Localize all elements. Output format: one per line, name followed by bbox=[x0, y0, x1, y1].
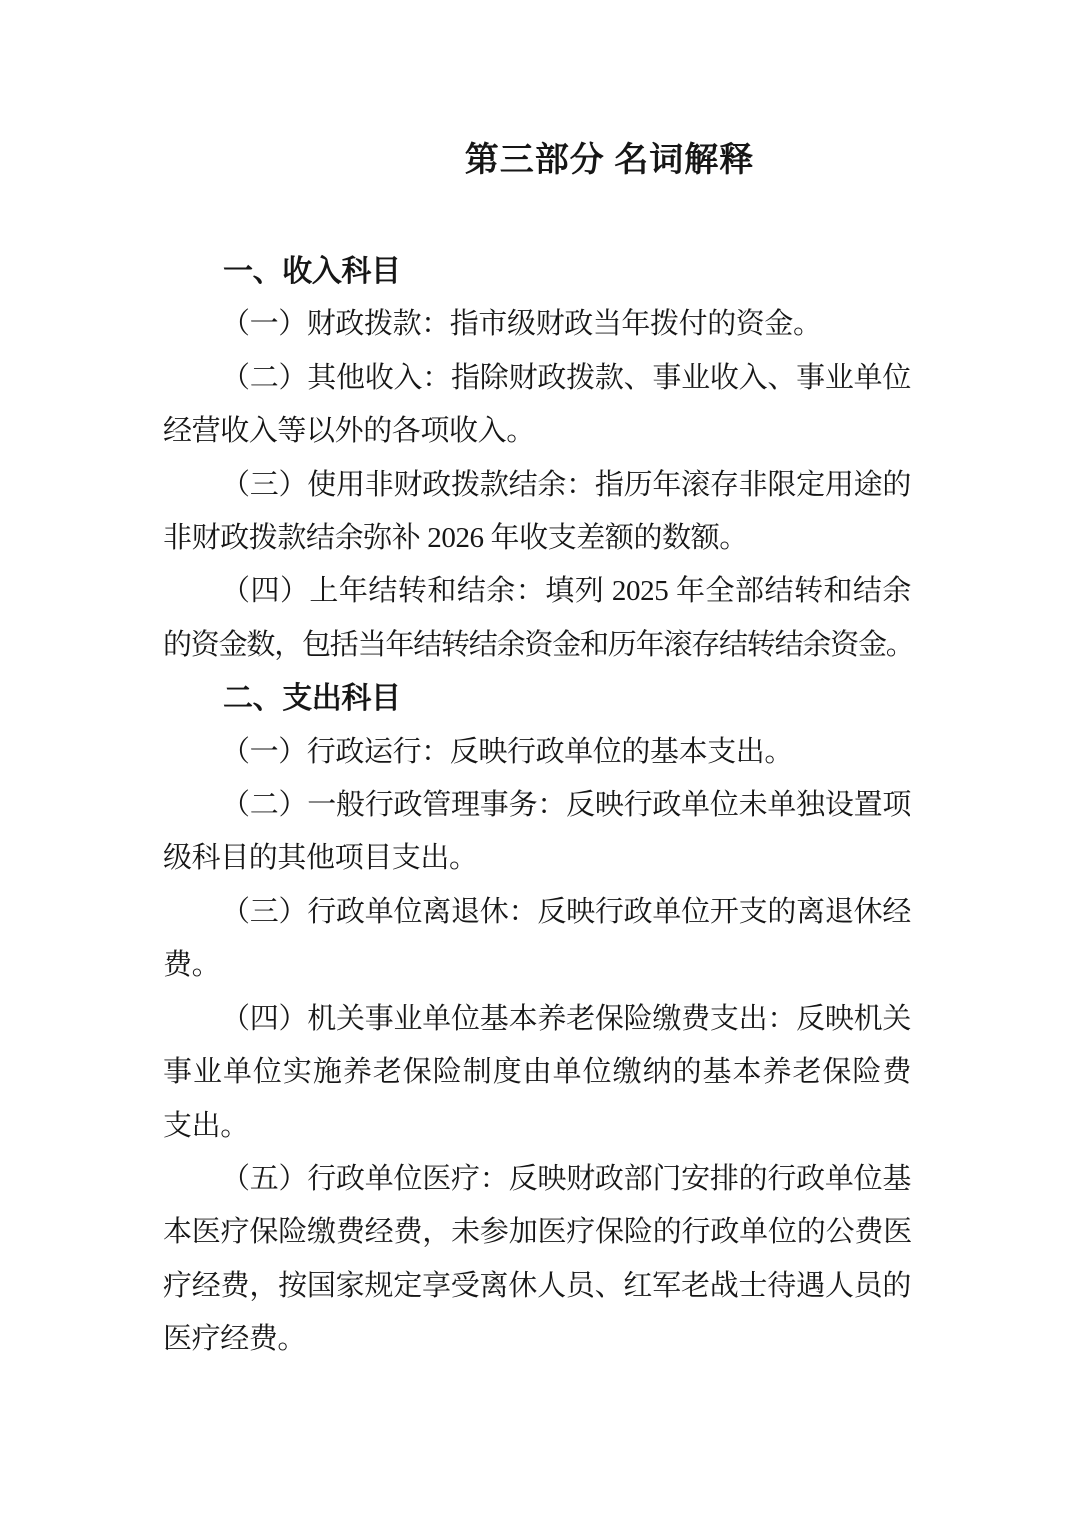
paragraph-general-admin-affairs: （二）一般行政管理事务：反映行政单位未单独设置项 级科目的其他项目支出。 bbox=[163, 779, 911, 886]
paragraph-non-fiscal-surplus: （三）使用非财政拨款结余：指历年滚存非限定用途的 非财政拨款结余弥补 2026 … bbox=[163, 459, 911, 566]
paragraph-line: （二）其他收入：指除财政拨款、事业收入、事业单位 bbox=[163, 352, 911, 405]
paragraph-admin-operation: （一）行政运行：反映行政单位的基本支出。 bbox=[163, 726, 911, 779]
paragraph-line: （二）一般行政管理事务：反映行政单位未单独设置项 bbox=[163, 779, 911, 832]
paragraph-line: 经营收入等以外的各项收入。 bbox=[163, 405, 911, 458]
paragraph-line: （一）行政运行：反映行政单位的基本支出。 bbox=[163, 726, 911, 779]
paragraph-line: （一）财政拨款：指市级财政当年拨付的资金。 bbox=[163, 298, 911, 351]
paragraph-line: 本医疗保险缴费经费，未参加医疗保险的行政单位的公费医 bbox=[163, 1206, 911, 1259]
paragraph-other-income: （二）其他收入：指除财政拨款、事业收入、事业单位 经营收入等以外的各项收入。 bbox=[163, 352, 911, 459]
paragraph-line: （三）使用非财政拨款结余：指历年滚存非限定用途的 bbox=[163, 459, 911, 512]
document-page: 第三部分 名词解释 一、收入科目 （一）财政拨款：指市级财政当年拨付的资金。 （… bbox=[0, 0, 1074, 1520]
page-title: 第三部分 名词解释 bbox=[0, 0, 1074, 188]
section-heading: 二、支出科目 bbox=[163, 672, 911, 725]
paragraph-fiscal-appropriation: （一）财政拨款：指市级财政当年拨付的资金。 bbox=[163, 298, 911, 351]
paragraph-pension-contribution: （四）机关事业单位基本养老保险缴费支出：反映机关 事业单位实施养老保险制度由单位… bbox=[163, 993, 911, 1153]
paragraph-line: 级科目的其他项目支出。 bbox=[163, 832, 911, 885]
section-expenditure-items: 二、支出科目 （一）行政运行：反映行政单位的基本支出。 （二）一般行政管理事务：… bbox=[163, 672, 911, 1366]
paragraph-line: （五）行政单位医疗：反映财政部门安排的行政单位基 bbox=[163, 1153, 911, 1206]
paragraph-line: 事业单位实施养老保险制度由单位缴纳的基本养老保险费 bbox=[163, 1046, 911, 1099]
paragraph-line: 医疗经费。 bbox=[163, 1313, 911, 1366]
paragraph-line: （四）机关事业单位基本养老保险缴费支出：反映机关 bbox=[163, 993, 911, 1046]
section-heading: 一、收入科目 bbox=[163, 245, 911, 298]
paragraph-line: （三）行政单位离退休：反映行政单位开支的离退休经 bbox=[163, 886, 911, 939]
paragraph-admin-retirement: （三）行政单位离退休：反映行政单位开支的离退休经 费。 bbox=[163, 886, 911, 993]
paragraph-line: 支出。 bbox=[163, 1100, 911, 1153]
paragraph-line: 费。 bbox=[163, 939, 911, 992]
paragraph-line: 的资金数，包括当年结转结余资金和历年滚存结转结余资金。 bbox=[163, 619, 911, 672]
paragraph-line: 非财政拨款结余弥补 2026 年收支差额的数额。 bbox=[163, 512, 911, 565]
document-body: 一、收入科目 （一）财政拨款：指市级财政当年拨付的资金。 （二）其他收入：指除财… bbox=[163, 245, 911, 1367]
paragraph-line: （四）上年结转和结余：填列 2025 年全部结转和结余 bbox=[163, 565, 911, 618]
paragraph-carryover-balance: （四）上年结转和结余：填列 2025 年全部结转和结余 的资金数，包括当年结转结… bbox=[163, 565, 911, 672]
section-income-items: 一、收入科目 （一）财政拨款：指市级财政当年拨付的资金。 （二）其他收入：指除财… bbox=[163, 245, 911, 672]
paragraph-line: 疗经费，按国家规定享受离休人员、红军老战士待遇人员的 bbox=[163, 1260, 911, 1313]
paragraph-admin-medical: （五）行政单位医疗：反映财政部门安排的行政单位基 本医疗保险缴费经费，未参加医疗… bbox=[163, 1153, 911, 1367]
